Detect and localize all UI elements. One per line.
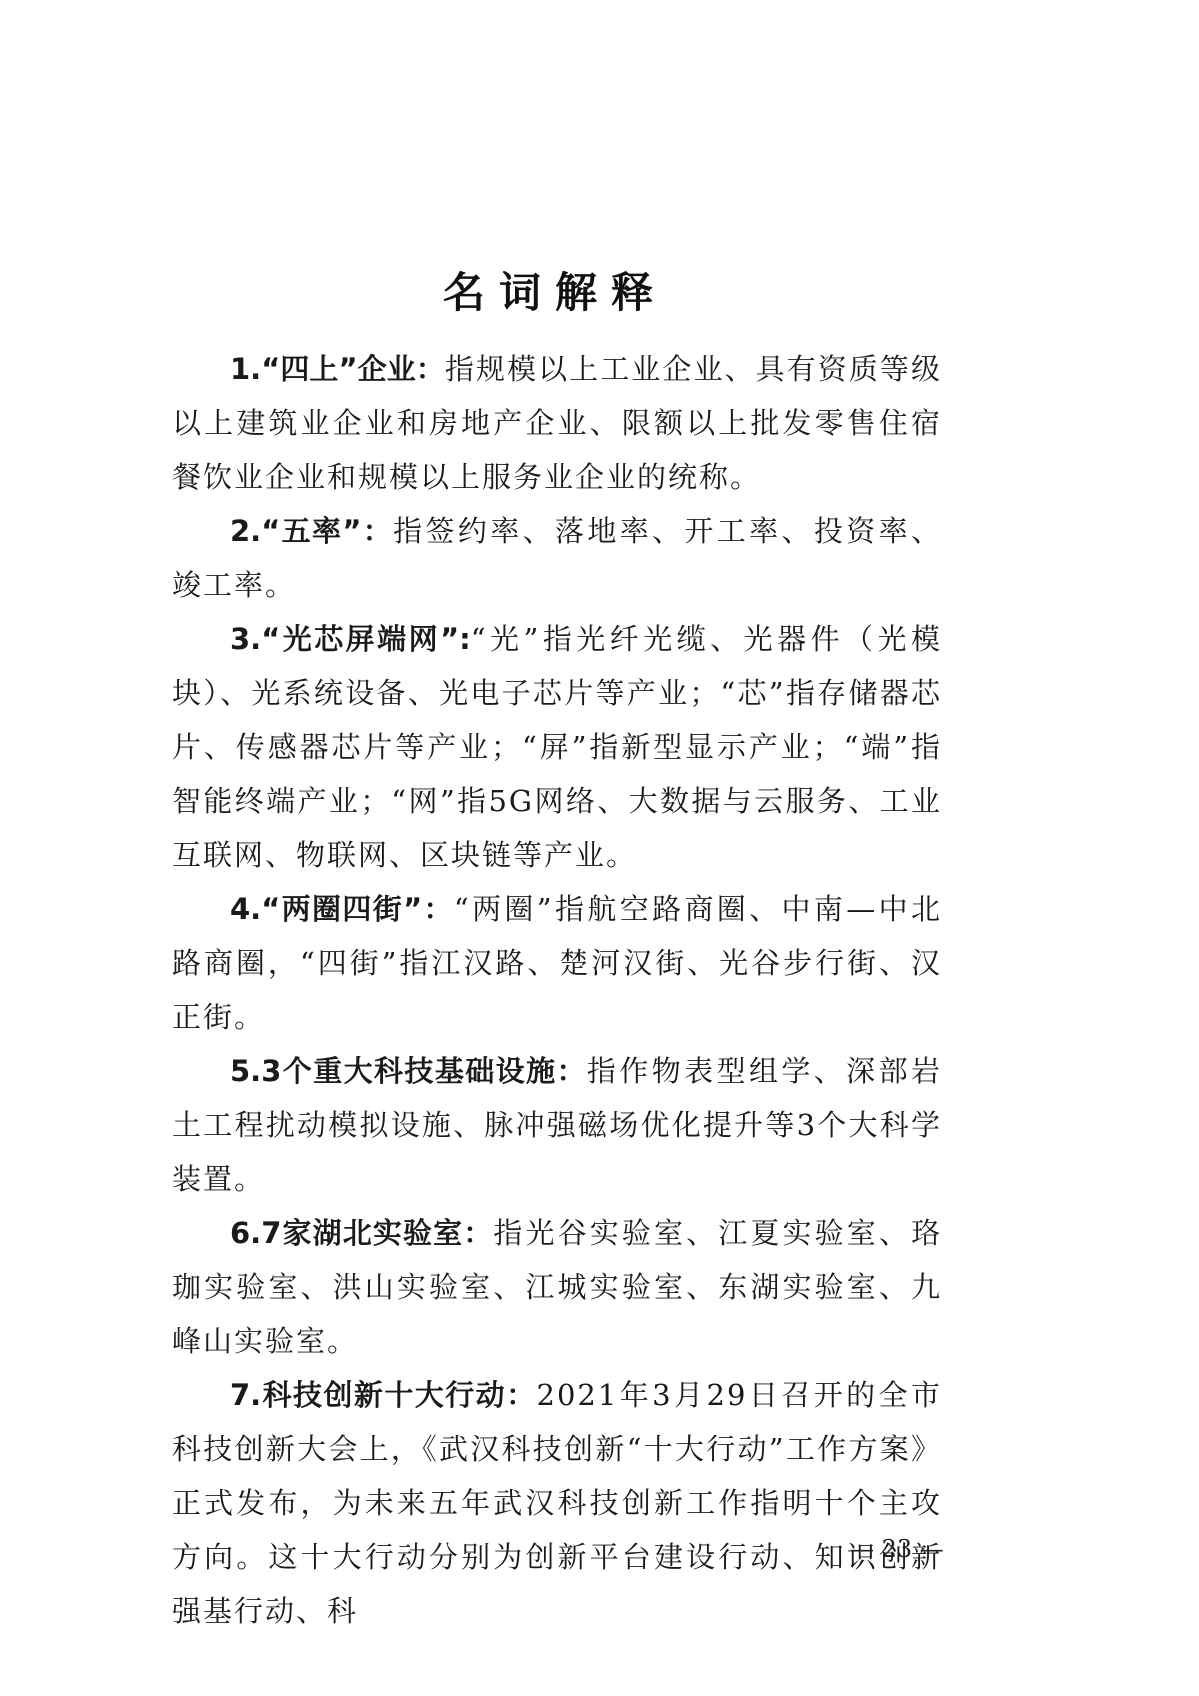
glossary-entry: 5.3个重大科技基础设施：指作物表型组学、深部岩土工程扰动模拟设施、脉冲强磁场优… [172, 1044, 942, 1206]
page-title: 名词解释 [0, 260, 1110, 320]
glossary-term: 1.“四上”企业： [230, 352, 445, 386]
glossary-term: 2.“五率”： [230, 514, 393, 548]
glossary-term: 3.“光芯屏端网”: [230, 622, 471, 656]
glossary-definition: “光”指光纤光缆、光器件（光模块）、光系统设备、光电子芯片等产业；“芯”指存储器… [172, 622, 942, 872]
glossary-entry: 1.“四上”企业：指规模以上工业企业、具有资质等级以上建筑业企业和房地产企业、限… [172, 342, 942, 504]
glossary-term: 5.3个重大科技基础设施： [230, 1054, 587, 1088]
glossary-term: 6.7家湖北实验室： [230, 1216, 493, 1250]
glossary-term: 7.科技创新十大行动： [230, 1378, 537, 1412]
page-number: — 23 — [850, 1535, 944, 1563]
glossary-list: 1.“四上”企业：指规模以上工业企业、具有资质等级以上建筑业企业和房地产企业、限… [172, 342, 942, 1638]
glossary-entry: 2.“五率”：指签约率、落地率、开工率、投资率、竣工率。 [172, 504, 942, 612]
glossary-term: 4.“两圈四街”： [230, 892, 454, 926]
glossary-entry: 7.科技创新十大行动：2021年3月29日召开的全市科技创新大会上，《武汉科技创… [172, 1368, 942, 1638]
glossary-definition: 2021年3月29日召开的全市科技创新大会上，《武汉科技创新“十大行动”工作方案… [172, 1378, 942, 1628]
glossary-entry: 3.“光芯屏端网”:“光”指光纤光缆、光器件（光模块）、光系统设备、光电子芯片等… [172, 612, 942, 882]
glossary-entry: 6.7家湖北实验室：指光谷实验室、江夏实验室、珞珈实验室、洪山实验室、江城实验室… [172, 1206, 942, 1368]
glossary-entry: 4.“两圈四街”：“两圈”指航空路商圈、中南—中北路商圈，“四街”指江汉路、楚河… [172, 882, 942, 1044]
